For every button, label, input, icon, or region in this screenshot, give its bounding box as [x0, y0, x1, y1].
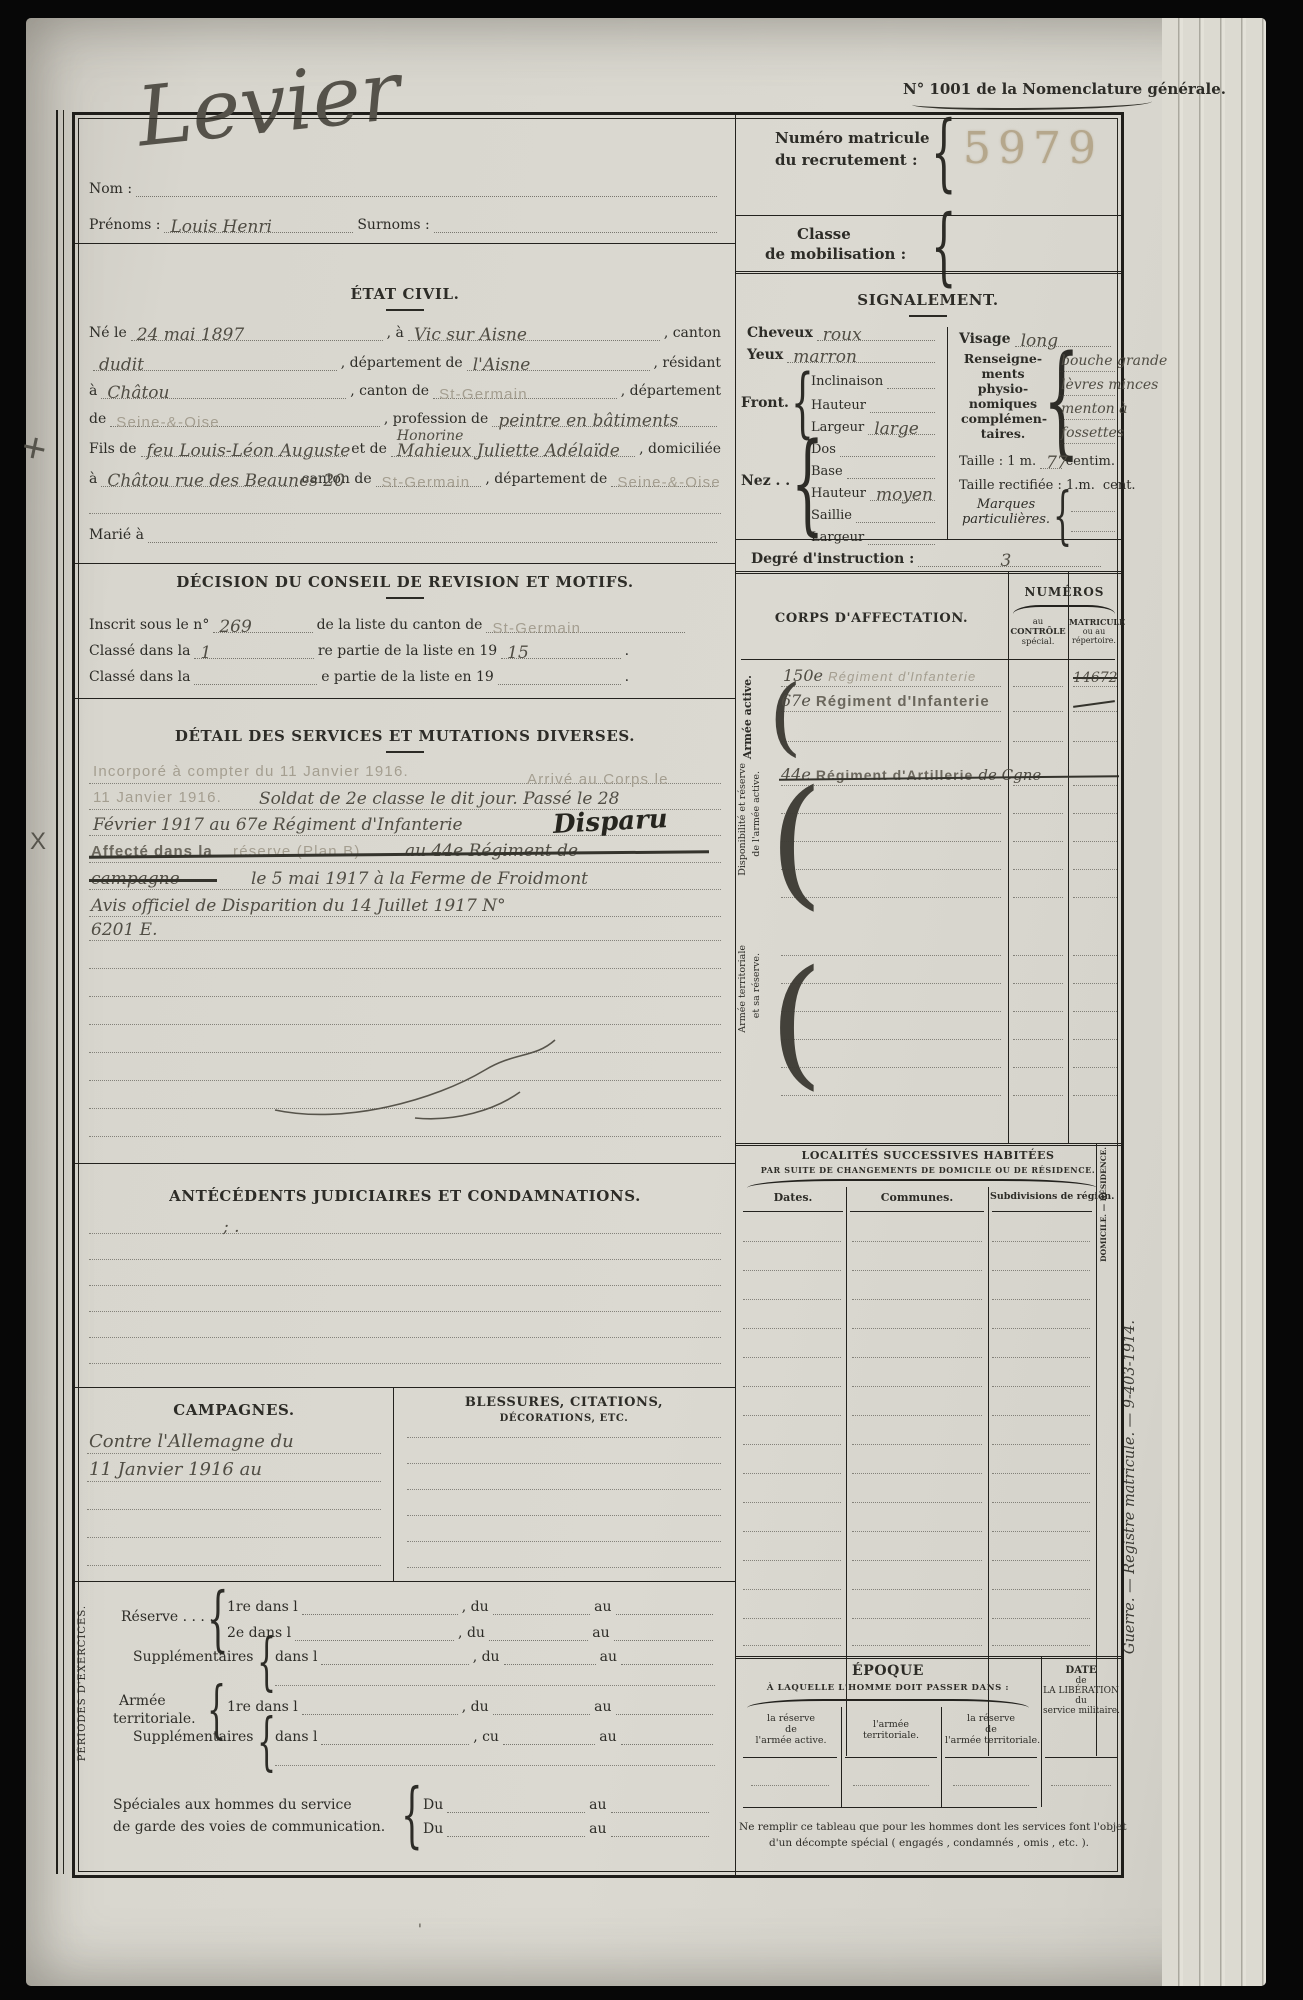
father-value: feu Louis-Léon Auguste: [147, 441, 351, 461]
localites-row: [992, 1531, 1090, 1532]
localites-wavy: [747, 1179, 1097, 1188]
corps-row-line: [781, 741, 1001, 742]
line: [621, 1660, 713, 1665]
localites-row: [852, 1560, 982, 1561]
blessures-title-2: DÉCORATIONS, ETC.: [393, 1413, 735, 1424]
page-frame-left-thin: [63, 110, 64, 1874]
corps-row-line: [1013, 983, 1063, 984]
mother-line: Mahieux Juliette Adélaïde Honorine: [391, 452, 635, 457]
localites-row: [992, 1386, 1090, 1387]
epoque-d5: service militaire.: [1043, 1706, 1119, 1716]
corps-row-line: [1073, 711, 1117, 712]
taille-unit: centim.: [1066, 454, 1115, 469]
renseignements-label: Renseigne- ments physio- nomiques complé…: [961, 351, 1045, 441]
au-label: au: [599, 1729, 616, 1745]
corps-row-line: [1013, 1011, 1063, 1012]
localites-row: [992, 1589, 1090, 1590]
localites-row: [852, 1270, 982, 1271]
front-largeur-line: large: [868, 430, 935, 435]
epoque-header-rule: [945, 1757, 1037, 1758]
corps-row-line: [781, 869, 1001, 870]
campagnes-title: CAMPAGNES.: [75, 1401, 393, 1419]
dot2: .: [625, 669, 629, 685]
epoque-d3: LA LIBÉRATION: [1043, 1686, 1119, 1696]
canton3-stamp: St-Germain: [382, 474, 471, 491]
classe1-num-line: 1: [194, 654, 313, 659]
pen-flourish: [265, 1030, 565, 1130]
etat-civil-title: ÉTAT CIVIL.: [75, 285, 735, 303]
inscrit-label-2: de la liste du canton de: [317, 617, 483, 633]
residence-line: Châtou: [101, 394, 346, 399]
au-label: au: [592, 1625, 609, 1641]
corps-entry1-matricule: 14672: [1073, 670, 1118, 686]
matricule-brace: {: [931, 111, 956, 195]
campagnes-line: [87, 1481, 381, 1482]
localites-row: [743, 1645, 841, 1646]
epoque-row: [953, 1785, 1029, 1786]
corps-entry1: 150e Régiment d'Infanterie: [783, 666, 976, 685]
taille-rect-unit: cent.: [1103, 478, 1136, 493]
epoque-note-1: Ne remplir ce tableau que pour les homme…: [739, 1821, 1119, 1833]
localites-row: [743, 1473, 841, 1474]
classe1-year-line: 15: [501, 654, 620, 659]
canton-label: , canton: [664, 325, 721, 341]
front-largeur-value: large: [874, 419, 919, 439]
father-line: feu Louis-Léon Auguste: [141, 452, 348, 457]
hw-campagne-allemagne: Contre l'Allemagne du: [89, 1431, 294, 1452]
dept-de2-label: , département de: [485, 471, 607, 487]
dot: .: [625, 643, 629, 659]
decision-rule: [386, 597, 424, 599]
nez-hauteur-label: Hauteur: [811, 486, 866, 501]
corps-entry2-matricule-strike: [1073, 700, 1115, 708]
canton-de-label: , canton de: [350, 383, 429, 399]
corps-row-line: [1013, 686, 1063, 687]
epoque-d1: DATE: [1043, 1665, 1119, 1676]
localites-row: [992, 1357, 1090, 1358]
line: [616, 1610, 713, 1615]
localites-row: [852, 1299, 982, 1300]
antecedents-line: [89, 1311, 721, 1312]
cheveux-value: roux: [823, 325, 862, 345]
corps-entry1-num: 150e: [783, 666, 823, 685]
localites-row: [992, 1328, 1090, 1329]
empty-line: [89, 513, 721, 514]
line: [503, 1740, 595, 1745]
profession-label: , profession de: [384, 411, 488, 427]
localites-row: [852, 1386, 982, 1387]
services-line: [89, 889, 721, 890]
antecedents-line: [89, 1363, 721, 1364]
rens-l5: complémen-: [961, 411, 1045, 426]
localites-subtitle: PAR SUITE DE CHANGEMENTS DE DOMICILE OU …: [735, 1165, 1121, 1175]
corps-col1-divider: [1008, 571, 1009, 1143]
front-label: Front.: [741, 395, 789, 411]
matcol-l2: ou au: [1069, 627, 1119, 636]
cu-label: , cu: [473, 1729, 499, 1745]
epoque-col2-header: l'armée territoriale.: [845, 1719, 937, 1741]
rens-l3: physio-: [961, 381, 1045, 396]
corps-row-line: [1013, 841, 1063, 842]
canton2-line: St-Germain: [433, 394, 617, 399]
numeros-wavy: [1013, 605, 1115, 614]
speciales-brace: {: [401, 1780, 423, 1851]
strike-line-2: [89, 879, 217, 882]
services-line: [89, 916, 721, 917]
services-empty-line: [89, 968, 721, 969]
line: [447, 1808, 585, 1813]
decision-title: DÉCISION DU CONSEIL DE REVISION ET MOTIF…: [75, 573, 735, 591]
residence-a-label: à: [89, 383, 97, 399]
nom-line: [136, 192, 717, 197]
periodes-vertical-label: PÉRIODES D'EXERCICES.: [77, 1605, 88, 1761]
corps-row-line: [781, 1067, 1001, 1068]
campagnes-top-rule: [75, 1387, 735, 1388]
hw-avis-officiel: Avis officiel de Disparition du 14 Juill…: [91, 896, 506, 916]
marques-l1: Marques: [961, 497, 1051, 512]
localites-row: [852, 1473, 982, 1474]
canton-line: dudit: [93, 366, 337, 371]
corps-header-rule: [741, 659, 1115, 660]
epoque-col3-header: la réserve de l'armée territoriale.: [945, 1713, 1037, 1746]
side-terr-wrap-2: et sa réserve.: [751, 953, 762, 1093]
classe1-num: 1: [200, 643, 211, 663]
hw-soldat: Soldat de 2e classe le dit jour. Passé l…: [259, 789, 619, 809]
suppl-brace-2: {: [257, 1713, 276, 1776]
services-line: [89, 862, 721, 863]
corps-row-line: [1073, 1039, 1117, 1040]
rens-l2: ments: [961, 366, 1045, 381]
group3-paren: (: [769, 941, 824, 1104]
surnoms-line: [434, 228, 717, 233]
line: [489, 1636, 588, 1641]
classe2-label: Classé dans la: [89, 669, 190, 685]
line: [493, 1710, 590, 1715]
blessures-line: [407, 1567, 721, 1568]
matricule-label-1: Numéro matricule: [775, 129, 930, 147]
inclinaison-line: [887, 384, 935, 389]
classe1-year: 15: [507, 643, 529, 663]
services-rule: [386, 751, 424, 753]
localites-row: [743, 1618, 841, 1619]
numeros-header: NUMÉROS: [1008, 585, 1121, 599]
epoque-div1: [841, 1707, 842, 1807]
line: [302, 1710, 458, 1715]
inclinaison-label: Inclinaison: [811, 374, 883, 389]
matcol-l3: répertoire.: [1069, 636, 1119, 645]
au-label: au: [600, 1649, 617, 1665]
controle-l2: CONTRÔLE: [1009, 627, 1067, 637]
hw-disparu: Disparu: [552, 804, 668, 840]
marques-brace: {: [1053, 487, 1072, 550]
page-frame-left-thick: [56, 110, 58, 1874]
au-label: au: [594, 1699, 611, 1715]
line: [295, 1636, 454, 1641]
epoque-header-rule: [743, 1757, 837, 1758]
cheveux-line: roux: [817, 336, 935, 341]
corps-row-line: [1073, 741, 1117, 742]
signalement-rule: [909, 315, 947, 317]
localites-row: [743, 1270, 841, 1271]
classe2-num-line: [194, 680, 317, 685]
localites-row: [852, 1645, 982, 1646]
fils-de-label: Fils de: [89, 441, 137, 457]
campagnes-line: [87, 1565, 381, 1566]
epoque-div3: [1041, 1656, 1042, 1807]
localites-row: [852, 1589, 982, 1590]
epoque-note-rule: [743, 1807, 1037, 1808]
corps-entry2-num: 67e: [781, 691, 811, 710]
epoque-subtitle: À LAQUELLE L'HOMME DOIT PASSER DANS :: [735, 1683, 1041, 1693]
degre-line: 3: [918, 562, 1101, 567]
epoque-row: [751, 1785, 829, 1786]
line: [611, 1832, 709, 1837]
antecedents-ink-mark: ; .: [223, 1217, 240, 1237]
margin-vertical-note: Guerre. — Registre matricule. — 9-403-19…: [1122, 1320, 1138, 1654]
localites-row: [992, 1560, 1090, 1561]
dept3-line: Seine-&-Oise: [611, 482, 717, 487]
et-de-label: et de: [351, 441, 387, 457]
marques-line: [1071, 531, 1115, 532]
line: [447, 1832, 585, 1837]
line: [614, 1636, 713, 1641]
localites-row: [743, 1328, 841, 1329]
column-divider: [735, 115, 736, 1875]
birthplace-value: Vic sur Aisne: [414, 325, 527, 345]
nez-saillie-line: [856, 518, 935, 523]
dans-l-label-2: dans l: [275, 1729, 317, 1745]
dept2-stamp: Seine-&-Oise: [116, 414, 220, 431]
corps-entry3-num: 44e: [781, 765, 811, 784]
blessures-line: [407, 1437, 721, 1438]
epoque-wavy: [747, 1699, 1029, 1708]
du-label: , du: [473, 1649, 500, 1665]
localites-title: LOCALITÉS SUCCESSIVES HABITÉES: [735, 1149, 1121, 1162]
services-empty-line: [89, 1024, 721, 1025]
inscrit-num-line: 269: [213, 628, 312, 633]
blessures-line: [407, 1489, 721, 1490]
campagnes-bottom-rule: [75, 1581, 735, 1582]
nez-largeur-label: Largeur: [811, 530, 864, 545]
localites-col-communes: Communes.: [850, 1191, 984, 1204]
nez-saillie-label: Saillie: [811, 508, 852, 523]
signalement-subdivider: [947, 327, 948, 539]
corps-title: CORPS D'AFFECTATION.: [735, 611, 1008, 626]
corps-entry2: 67e Régiment d'Infanterie: [781, 691, 990, 710]
departement-label: , département: [621, 383, 721, 399]
epoque-note-2: d'un décompte spécial ( engagés , condam…: [739, 1837, 1119, 1849]
rens-l1: Renseigne-: [961, 351, 1045, 366]
corps-row-line: [1073, 841, 1117, 842]
epoque-date-header: DATE de LA LIBÉRATION du service militai…: [1043, 1665, 1119, 1716]
localites-top-rule: [735, 1143, 1121, 1146]
campagnes-line: [87, 1453, 381, 1454]
matricule-box-rule: [735, 215, 1121, 216]
controle-l1: au: [1009, 617, 1067, 627]
localites-row: [743, 1241, 841, 1242]
line: [321, 1660, 468, 1665]
au-label: au: [589, 1797, 606, 1813]
nez-largeur-line: [868, 540, 935, 545]
margin-note-wrap: Guerre. — Registre matricule. — 9-403-19…: [1122, 1320, 1146, 1660]
epoque-c2l2: territoriale.: [845, 1730, 937, 1741]
localites-row: [743, 1415, 841, 1416]
services-line: [89, 940, 721, 941]
localites-row: [743, 1502, 841, 1503]
canton-stamp: St-Germain: [439, 386, 528, 403]
address-a-label: à: [89, 471, 97, 487]
localites-row: [852, 1502, 982, 1503]
prenoms-value: Louis Henri: [170, 217, 271, 237]
corps-col2-divider: [1068, 571, 1069, 1143]
prenoms-line: Louis Henri: [164, 228, 353, 233]
corps-entry2-text: Régiment d'Infanterie: [816, 693, 990, 710]
hw-fevrier: Février 1917 au 67e Régiment d'Infanteri…: [93, 815, 463, 835]
corps-row-line: [1013, 869, 1063, 870]
antecedents-line: [89, 1233, 721, 1234]
etat-civil-rule: [386, 309, 424, 311]
line: [321, 1740, 469, 1745]
nez-hauteur-value: moyen: [876, 485, 933, 505]
rens-line: [1059, 371, 1115, 372]
mother-value: Mahieux Juliette Adélaïde: [397, 441, 620, 461]
localites-row: [743, 1444, 841, 1445]
localites-row: [992, 1502, 1090, 1503]
decision-top-rule: [75, 563, 735, 564]
canton3-line: St-Germain: [376, 482, 482, 487]
corps-row-line: [1073, 955, 1117, 956]
localites-row: [743, 1386, 841, 1387]
services-empty-line: [89, 1136, 721, 1137]
campagnes-line: [87, 1537, 381, 1538]
controle-header: au CONTRÔLE spécial.: [1009, 617, 1067, 647]
stray-ink-mark: ': [418, 1922, 422, 1938]
nez-base-line: [847, 474, 935, 479]
taille-label: Taille : 1 m.: [959, 454, 1036, 469]
corps-row-line: [1013, 955, 1063, 956]
classe2-year-line: [498, 680, 621, 685]
epoque-c3l3: l'armée territoriale.: [945, 1735, 1037, 1746]
side-terr-1: Armée territoriale: [737, 945, 748, 1033]
profession-line: peintre en bâtiments: [492, 422, 717, 427]
hw-6201e: 6201 E.: [91, 920, 157, 940]
corps-row-line: [1013, 785, 1063, 786]
decision-bottom-rule: [75, 698, 735, 699]
line: [616, 1710, 713, 1715]
address-value: Châtou rue des Beaunes 20: [107, 471, 345, 491]
cheveux-label: Cheveux: [747, 325, 813, 341]
side-armee-active: Armée active.: [741, 675, 754, 759]
corps-row-line: [1073, 785, 1117, 786]
epoque-header-rule: [845, 1757, 937, 1758]
corps-row-line: [781, 813, 1001, 814]
localites-row: [743, 1299, 841, 1300]
side-dispo-2: de l'armée active.: [751, 771, 762, 857]
inscrit-canton-stamp: St-Germain: [492, 620, 581, 637]
classe-box-rule: [735, 271, 1121, 274]
matcol-l1: MATRICULE: [1069, 617, 1119, 627]
nom-label: Nom :: [89, 181, 132, 197]
side-dispo-wrap-2: de l'armée active.: [751, 771, 762, 921]
nez-dos-line: [840, 452, 935, 457]
classe-label-2: de mobilisation :: [765, 245, 906, 263]
line: [621, 1740, 713, 1745]
header-bottom-rule: [75, 243, 735, 244]
corps-entry1-text: Régiment d'Infanterie: [828, 669, 976, 684]
corps-row-line: [1073, 869, 1117, 870]
inscrit-num: 269: [219, 617, 251, 637]
corps-entry3: 44e Régiment d'Artillerie de Cgne: [781, 765, 1041, 784]
corps-row-line: [1013, 741, 1063, 742]
de-label: de: [89, 411, 106, 427]
localites-row: [852, 1241, 982, 1242]
antecedents-line: [89, 1259, 721, 1260]
blessures-line: [407, 1515, 721, 1516]
corps-row-line: [1073, 1067, 1117, 1068]
localites-header-rule: [992, 1211, 1092, 1212]
corps-row-line: [1013, 1039, 1063, 1040]
corps-row-line: [1013, 1067, 1063, 1068]
departement-value: l'Aisne: [473, 355, 531, 375]
epoque-d4: du: [1043, 1696, 1119, 1706]
localites-col-subdiv: Subdivisions de région.: [990, 1191, 1094, 1202]
localites-row: [852, 1357, 982, 1358]
corps-row-line: [781, 1011, 1001, 1012]
marques-label: Marques particulières.: [961, 497, 1051, 527]
birthdate-value: 24 mai 1897: [137, 325, 244, 345]
localites-row: [992, 1415, 1090, 1416]
birthplace-line: Vic sur Aisne: [408, 336, 660, 341]
corps-row-line: [781, 983, 1001, 984]
supplementaires-label-2: Supplémentaires: [133, 1729, 253, 1745]
signalement-title: SIGNALEMENT.: [735, 291, 1121, 309]
localites-col-side: DOMICILE. — RÉSIDENCE.: [1099, 1147, 1108, 1262]
hw-campagne-date: 11 Janvier 1916 au: [89, 1459, 262, 1480]
epoque-header-rule: [1045, 1757, 1117, 1758]
side-dispo-wrap: Disponibilité et réserve: [737, 763, 748, 923]
address-line: Châtou rue des Beaunes 20: [101, 482, 297, 487]
classe-label-1: Classe: [797, 225, 851, 243]
marie-line: [148, 538, 717, 543]
armee-label: Armée: [119, 1693, 166, 1709]
localites-row: [992, 1618, 1090, 1619]
speciales-label-2: de garde des voies de communication.: [113, 1819, 385, 1835]
reserve-label: Réserve . . . .: [121, 1609, 214, 1625]
au-label: au: [594, 1599, 611, 1615]
epoque-c3l1: la réserve: [945, 1713, 1037, 1724]
blessures-title-1: BLESSURES, CITATIONS,: [393, 1395, 735, 1410]
epoque-col1-header: la réserve de l'armée active.: [743, 1713, 839, 1746]
corps-row-line: [781, 841, 1001, 842]
rens-value-4: fossettes: [1061, 425, 1124, 441]
degre-top-rule: [735, 539, 1121, 540]
stamp-arrive: Arrivé au Corps le: [527, 771, 669, 788]
corps-row-line: [1013, 897, 1063, 898]
services-empty-line: [89, 996, 721, 997]
classe1-label-2: re partie de la liste en 19: [318, 643, 497, 659]
departement-de-label: , département de: [341, 355, 463, 371]
corps-row-line: [1013, 813, 1063, 814]
Du-label-2: Du: [423, 1821, 443, 1837]
du-label: , du: [462, 1599, 489, 1615]
classe1-label: Classé dans la: [89, 643, 190, 659]
corps-row-line: [781, 897, 1001, 898]
suppl-brace: {: [257, 1633, 276, 1696]
localites-row: [992, 1645, 1090, 1646]
localites-row: [992, 1299, 1090, 1300]
epoque-c2l1: l'armée: [845, 1719, 937, 1730]
localites-row: [992, 1241, 1090, 1242]
